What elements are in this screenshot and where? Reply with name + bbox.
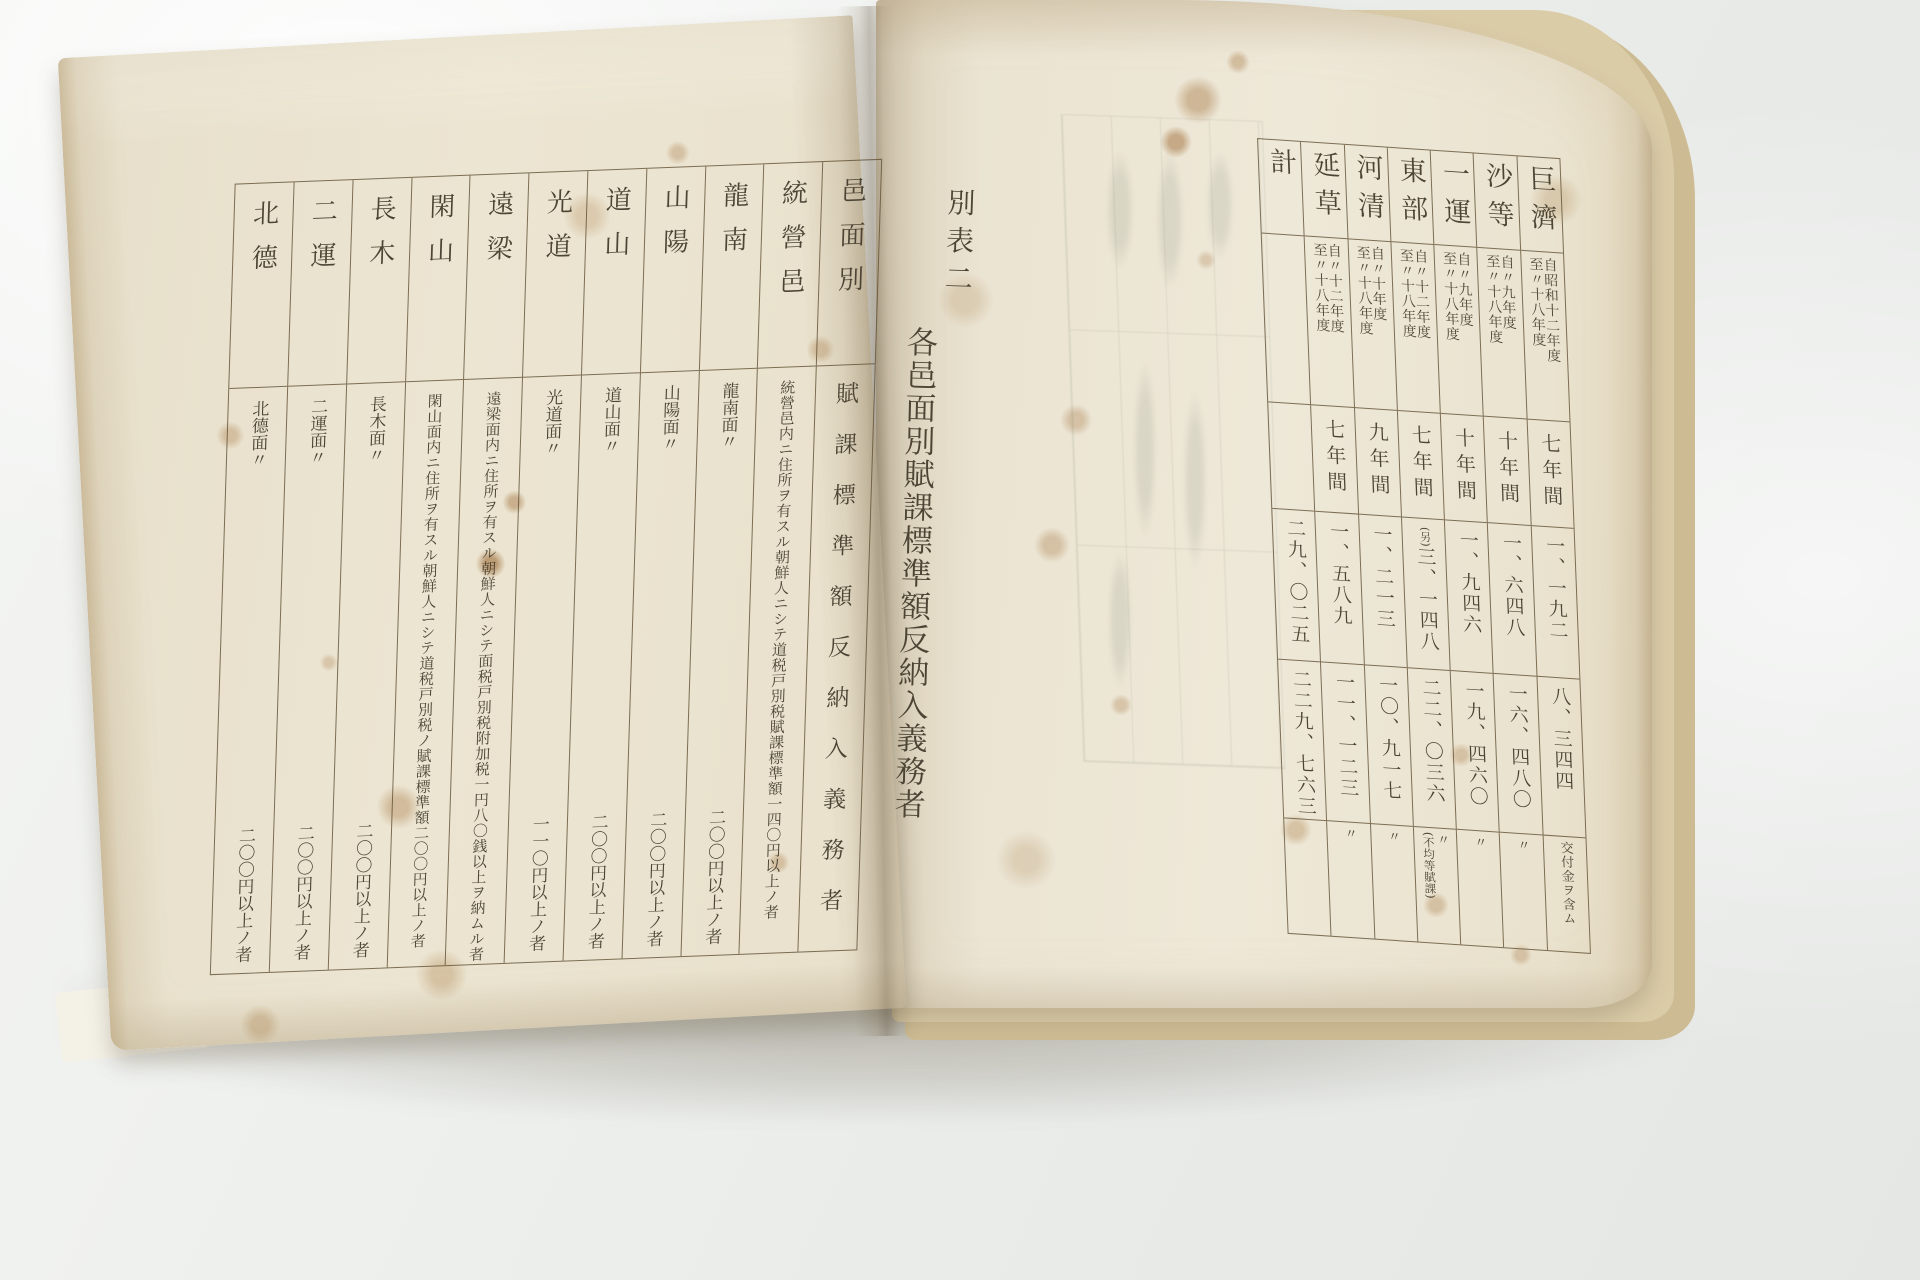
annual-amount-cell: 二九、〇二五 [1272, 509, 1320, 663]
note-2: (不均等賦課) [1422, 832, 1437, 900]
township-name: 巨濟 [1524, 164, 1555, 242]
period-cell: 自〃九年度至〃十八年度 [1434, 245, 1483, 417]
column-amount-text: 一一〇円以上ノ者 [525, 815, 547, 952]
total-amount: 八、三四四 [1549, 686, 1573, 793]
annual-amount: 一、一九二 [1543, 535, 1569, 642]
total-amount-cell: 二二、〇三六 [1408, 668, 1456, 830]
township-name-cell: 計 [1258, 139, 1304, 236]
annual-amount: 三、一四八 [1414, 546, 1440, 653]
total-amount: 二二、〇三六 [1419, 677, 1444, 805]
annual-amount-line: 一、五八九 [1327, 521, 1351, 628]
column-amount-text: 二〇〇円以上ノ者 [290, 824, 312, 961]
period-cell: 自〃九年度至〃十八年度 [1478, 248, 1527, 420]
period-lines: 自〃九年度至〃十八年度 [1442, 251, 1474, 343]
note: 交付金ヲ含ム [1558, 841, 1575, 926]
column-header-text: 遠梁 [483, 190, 512, 280]
duration-cell: 七年間 [1527, 420, 1573, 529]
annual-amount-line: 一、六四八 [1500, 532, 1524, 639]
column-header: 道山 [582, 169, 646, 376]
note-cell: 〃(不均等賦課) [1414, 827, 1461, 944]
period-cell [1262, 234, 1311, 406]
annual-amount-cell: (另)三、一四八 [1402, 517, 1450, 671]
annual-amount-line: 一、一九二 [1543, 535, 1567, 642]
township-name-cell: 一運 [1431, 151, 1477, 248]
column-body-text: 道山面〃 [599, 386, 619, 455]
column-amount-text: 二〇〇円以上ノ者 [701, 808, 723, 945]
total-amount-cell: 一六、四八〇 [1494, 674, 1542, 836]
note-lines: 〃 [1385, 829, 1399, 844]
column-header: 邑面別 [817, 160, 881, 367]
column-header-text: 長木 [366, 195, 395, 285]
annual-amount-cell: 一、九四六 [1445, 520, 1493, 674]
column-header: 長木 [347, 178, 411, 385]
duration-cell: 九年間 [1355, 408, 1401, 517]
column-header-text: 光道 [542, 188, 571, 278]
column-header-text: 邑面別 [835, 176, 865, 310]
duration-cell [1268, 402, 1314, 511]
column-header-text: 山陽 [660, 183, 689, 273]
period-to: 至〃十八年度 [1312, 242, 1330, 333]
column-header: 二運 [288, 180, 352, 387]
column-body-text: 閑山面内ニ住所ヲ有スル朝鮮人ニシテ道税戸別税ノ賦課標準額二〇〇円以上ノ者 [409, 393, 442, 949]
duration-cell: 十年間 [1441, 414, 1487, 523]
total-amount: 一九、四六〇 [1462, 680, 1487, 808]
column-header-text: 龍南 [718, 181, 747, 271]
annual-amount: 二九、〇二五 [1284, 518, 1311, 646]
annual-amount-line: 二九、〇二五 [1284, 518, 1309, 646]
period-lines: 自〃十二年度至〃十八年度 [1398, 248, 1430, 340]
annual-amount: 一、五八九 [1327, 521, 1353, 628]
note-cell: 〃 [1371, 824, 1418, 941]
duration-cell: 七年間 [1311, 405, 1357, 514]
column-body-text: 長木面〃 [364, 395, 384, 464]
column-amount-text: 二〇〇円以上ノ者 [231, 826, 253, 963]
period-cell: 自〃十二年度至〃十八年度 [1391, 242, 1440, 414]
annual-amount-cell: 一、五八九 [1316, 512, 1364, 666]
period-to: 至〃十八年度 [1398, 248, 1416, 339]
note-lines: 〃(不均等賦課) [1422, 832, 1450, 901]
note-cell: 〃 [1457, 830, 1504, 947]
annual-amount-line: 一、九四六 [1457, 529, 1481, 636]
period-cell: 自〃十二年度至〃十八年度 [1305, 236, 1354, 408]
annex-label: 別表二 [936, 187, 980, 302]
column-header-text: 閑山 [425, 192, 454, 282]
total-amount-cell: 八、三四四 [1537, 677, 1585, 839]
column-body-text: 光道面〃 [541, 388, 561, 457]
township-name-cell: 河清 [1344, 145, 1390, 242]
note-cell [1284, 818, 1331, 935]
column-header: 北德 [229, 182, 293, 389]
note: 〃 [1515, 838, 1529, 853]
column-header-text: 北德 [248, 199, 277, 289]
annual-amount-line: 一、二一三 [1370, 523, 1394, 630]
township-name: 計 [1265, 147, 1295, 187]
duration: 十年間 [1452, 427, 1476, 507]
annual-amount: 一、二一三 [1370, 523, 1396, 630]
township-name: 一運 [1438, 158, 1469, 236]
column-header-text: 二運 [307, 197, 336, 287]
duration: 九年間 [1366, 421, 1390, 501]
column-body-text: 二運面〃 [306, 397, 326, 466]
township-name: 河清 [1352, 152, 1383, 230]
note-lines: 〃 [1515, 838, 1529, 853]
township-name-cell: 延草 [1301, 142, 1347, 239]
annual-amount-cell: 一、六四八 [1488, 523, 1536, 677]
column-header: 山陽 [641, 167, 705, 374]
duration: 七年間 [1409, 424, 1433, 504]
note-cell: 〃 [1500, 833, 1547, 950]
annual-amount-cell: 一、二一三 [1359, 515, 1407, 669]
photo-of-open-ledger-book: 別表二 各邑面別賦課標準額反納入義務者 邑面別 賦課標準額反納入義務者 統營邑 … [0, 0, 1920, 1280]
left-table-assessment-standards: 邑面別 賦課標準額反納入義務者 統營邑 統營邑内ニ住所ヲ有スル朝鮮人ニシテ道税戸… [210, 159, 882, 975]
column-body-text: 統營邑内ニ住所ヲ有スル朝鮮人ニシテ道税戸別税賦課標準額一四〇円以上ノ者 [762, 379, 795, 920]
annual-amount: 一、六四八 [1500, 532, 1526, 639]
column-header-text: 道山 [601, 186, 630, 276]
township-name-cell: 巨濟 [1517, 156, 1563, 253]
total-amount: 一〇、九一七 [1376, 674, 1401, 802]
column-amount-text: 二〇〇円以上ノ者 [349, 822, 371, 959]
annual-amount-note: (另) [1418, 527, 1432, 548]
note-lines: 〃 [1342, 826, 1356, 841]
duration: 十年間 [1495, 429, 1519, 509]
period-cell: 自〃十年度至〃十八年度 [1348, 239, 1397, 411]
note-lines: 〃 [1471, 835, 1485, 850]
period-lines: 自〃十二年度至〃十八年度 [1312, 242, 1344, 334]
township-name-cell: 沙等 [1474, 153, 1520, 250]
column-body-text: 賦課標準額反納入義務者 [816, 381, 858, 940]
column-body-text: 龍南面〃 [717, 382, 737, 451]
duration-cell: 十年間 [1484, 417, 1530, 526]
township-name: 延草 [1309, 149, 1340, 227]
column-amount-text: 二〇〇円以上ノ者 [584, 813, 606, 950]
note: 〃 [1342, 826, 1356, 841]
note-lines: 交付金ヲ含ム [1558, 841, 1575, 926]
column-body-text: 北德面〃 [247, 400, 267, 469]
annual-amount-line: (另)三、一四八 [1413, 526, 1438, 653]
column-header: 光道 [523, 171, 587, 378]
period-lines: 自〃九年度至〃十八年度 [1485, 253, 1517, 345]
column-header: 閑山 [406, 176, 470, 383]
period-to: 至〃十八年度 [1355, 245, 1373, 336]
column-header: 遠梁 [464, 173, 528, 380]
duration-cell: 七年間 [1398, 411, 1444, 520]
duration: 七年間 [1538, 432, 1562, 512]
total-amount: 一一、一二三 [1333, 671, 1358, 799]
total-amount: 一六、四八〇 [1505, 683, 1530, 811]
column-body-text: 山陽面〃 [658, 384, 678, 453]
column-header: 統營邑 [758, 162, 822, 369]
note: 〃 [1471, 835, 1485, 850]
period-lines: 自昭和十二年度至〃十八年度 [1528, 256, 1561, 363]
township-name: 沙等 [1481, 161, 1512, 239]
period-to: 至〃十八年度 [1485, 253, 1503, 344]
bleedthrough-ghost-text [1090, 150, 1255, 710]
annual-amount: 一、九四六 [1456, 529, 1482, 636]
period-to: 至〃十八年度 [1442, 251, 1460, 342]
annual-amount-cell: 一、一九二 [1531, 526, 1579, 680]
right-table-levy-totals: 巨濟 自昭和十二年度至〃十八年度 七年間 一、一九二 八、三四四 交付金ヲ含ム … [1257, 138, 1591, 954]
township-name: 東部 [1395, 155, 1426, 233]
total-amount-cell: 一一、一二三 [1321, 662, 1369, 824]
total-amount-cell: 二二九、七六三 [1278, 660, 1326, 822]
note: 〃 [1385, 829, 1399, 844]
column-body-text: 遠梁面内ニ住所ヲ有スル朝鮮人ニシテ面税戸別税附加税一円八〇銭以上ヲ納ムル者 [467, 391, 501, 963]
column-header-text: 統營邑 [776, 179, 806, 313]
period-cell: 自昭和十二年度至〃十八年度 [1521, 251, 1570, 423]
total-amount: 二二九、七六三 [1290, 668, 1316, 817]
note-cell: 〃 [1327, 821, 1374, 938]
column-header: 龍南 [699, 164, 763, 371]
note-cell: 交付金ヲ含ム [1543, 836, 1590, 953]
period-lines: 自〃十年度至〃十八年度 [1355, 245, 1387, 337]
column-amount-text: 二〇〇円以上ノ者 [643, 811, 665, 948]
township-name-cell: 東部 [1388, 148, 1434, 245]
duration: 七年間 [1322, 418, 1346, 498]
period-to: 至〃十八年度 [1528, 256, 1546, 362]
total-amount-cell: 一〇、九一七 [1364, 665, 1412, 827]
total-amount-cell: 一九、四六〇 [1451, 671, 1499, 833]
